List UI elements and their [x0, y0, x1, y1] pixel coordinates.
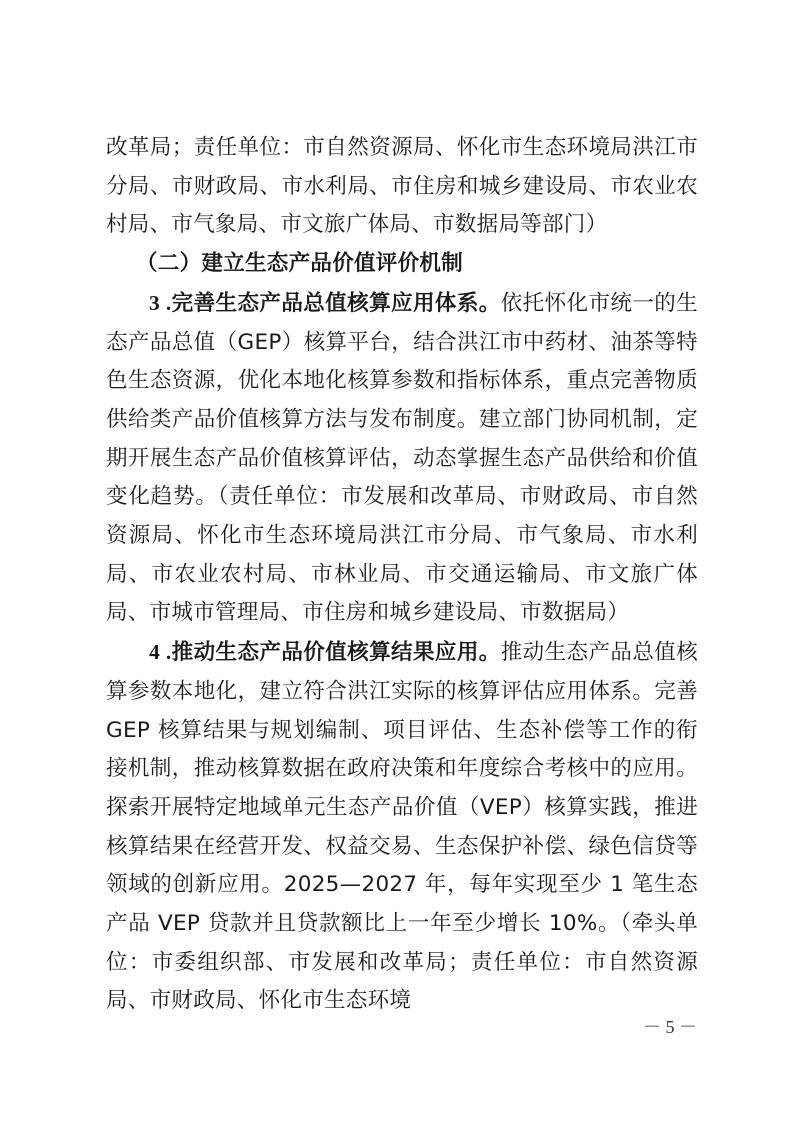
page-number: － 5 －	[640, 1013, 700, 1039]
continuation-paragraph: 改革局；责任单位：市自然资源局、怀化市生态环境局洪江市分局、市财政局、市水利局、…	[106, 129, 698, 245]
item-3-body: 依托怀化市统一的生态产品总值（GEP）核算平台，结合洪江市中药材、油茶等特色生态…	[106, 291, 698, 626]
item-3-paragraph: 3 .完善生态产品总值核算应用体系。依托怀化市统一的生态产品总值（GEP）核算平…	[106, 284, 698, 633]
document-page: 改革局；责任单位：市自然资源局、怀化市生态环境局洪江市分局、市财政局、市水利局、…	[106, 129, 698, 1021]
item-3-number: 3 .	[149, 291, 172, 315]
section-heading: （二）建立生态产品价值评价机制	[106, 245, 698, 284]
item-4-title: 推动生态产品价值核算结果应用。	[172, 640, 501, 665]
item-4-number: 4 .	[149, 640, 172, 664]
item-3-title: 完善生态产品总值核算应用体系。	[172, 291, 501, 316]
item-4-paragraph: 4 .推动生态产品价值核算结果应用。推动生态产品总值核算参数本地化，建立符合洪江…	[106, 633, 698, 1021]
item-4-body: 推动生态产品总值核算参数本地化，建立符合洪江实际的核算评估应用体系。完善 GEP…	[106, 640, 698, 1013]
